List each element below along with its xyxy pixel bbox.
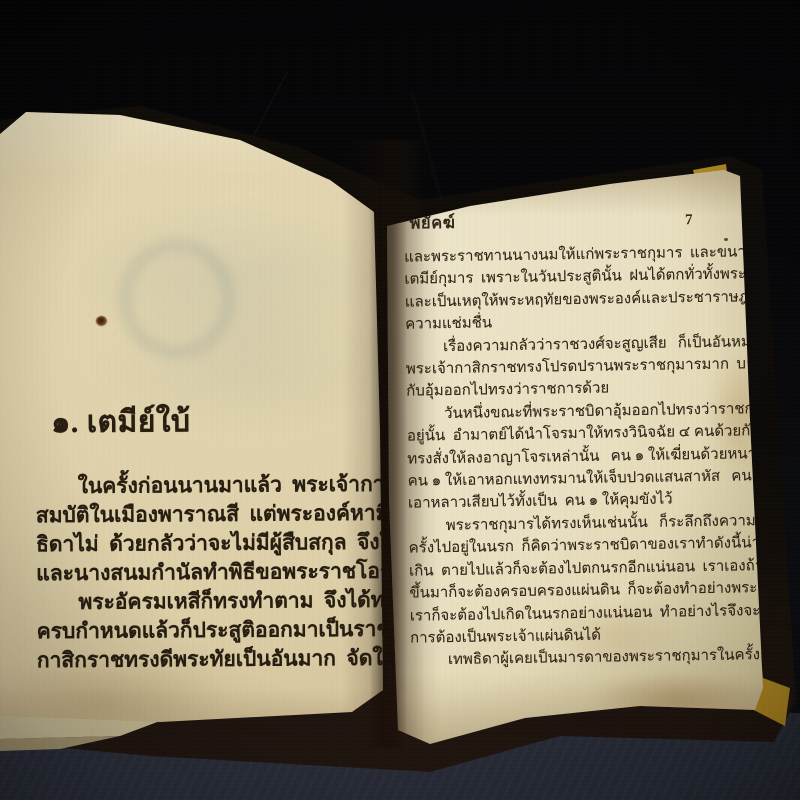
photo-of-open-book: ๑. เตมีย์ใบ้ ในครั้งก่อนนานมาแล้ว พระเจ้…	[0, 0, 800, 800]
